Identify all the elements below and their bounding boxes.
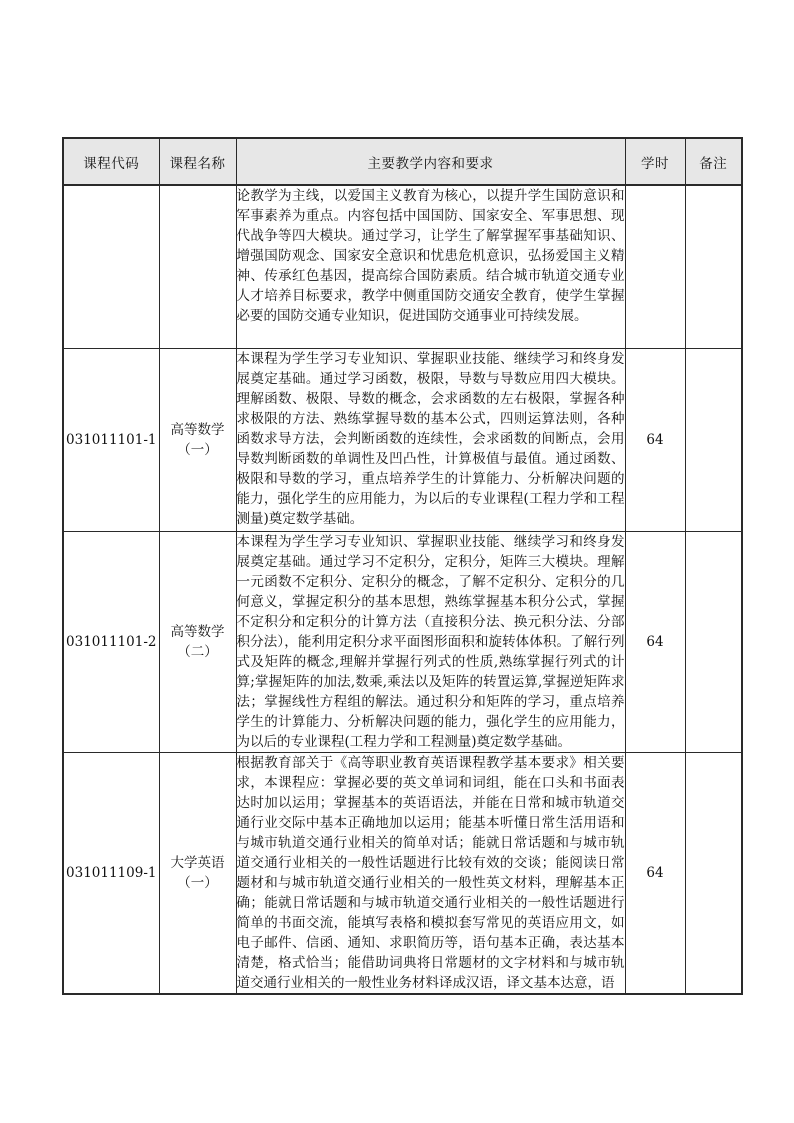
course-note-cell bbox=[685, 531, 742, 752]
course-content-cell: 论教学为主线，以爱国主义教育为核心，以提升学生国防意识和军事素养为重点。内容包括… bbox=[236, 185, 625, 348]
course-hours-cell: 64 bbox=[625, 531, 685, 752]
table-row: 论教学为主线，以爱国主义教育为核心，以提升学生国防意识和军事素养为重点。内容包括… bbox=[63, 185, 742, 348]
course-table: 课程代码 课程名称 主要教学内容和要求 学时 备注 论教学为主线，以爱国主义教育… bbox=[62, 137, 743, 995]
header-cell-course-code: 课程代码 bbox=[63, 138, 159, 185]
table-header-row: 课程代码 课程名称 主要教学内容和要求 学时 备注 bbox=[63, 138, 742, 185]
header-cell-content: 主要教学内容和要求 bbox=[236, 138, 625, 185]
course-content-cell: 本课程为学生学习专业知识、掌握职业技能、继续学习和终身发展奠定基础。通过学习不定… bbox=[236, 531, 625, 752]
course-hours-cell: 64 bbox=[625, 752, 685, 994]
header-cell-note: 备注 bbox=[685, 138, 742, 185]
course-code-cell: 031011109-1 bbox=[63, 752, 159, 994]
table-row: 031011109-1 大学英语 （一） 根据教育部关于《高等职业教育英语课程教… bbox=[63, 752, 742, 994]
header-cell-hours: 学时 bbox=[625, 138, 685, 185]
course-name-cell: 大学英语 （一） bbox=[159, 752, 236, 994]
course-note-cell bbox=[685, 752, 742, 994]
course-note-cell bbox=[685, 185, 742, 348]
course-name-cell: 高等数学 （二） bbox=[159, 531, 236, 752]
document-page: 课程代码 课程名称 主要教学内容和要求 学时 备注 论教学为主线，以爱国主义教育… bbox=[0, 0, 794, 1123]
course-hours-cell: 64 bbox=[625, 348, 685, 531]
course-content-cell: 本课程为学生学习专业知识、掌握职业技能、继续学习和终身发展奠定基础。通过学习函数… bbox=[236, 348, 625, 531]
table-row: 031011101-2 高等数学 （二） 本课程为学生学习专业知识、掌握职业技能… bbox=[63, 531, 742, 752]
course-content-cell: 根据教育部关于《高等职业教育英语课程教学基本要求》相关要求，本课程应：掌握必要的… bbox=[236, 752, 625, 994]
course-note-cell bbox=[685, 348, 742, 531]
course-code-cell: 031011101-1 bbox=[63, 348, 159, 531]
header-cell-course-name: 课程名称 bbox=[159, 138, 236, 185]
course-name-cell: 高等数学 （一） bbox=[159, 348, 236, 531]
course-hours-cell bbox=[625, 185, 685, 348]
table-row: 031011101-1 高等数学 （一） 本课程为学生学习专业知识、掌握职业技能… bbox=[63, 348, 742, 531]
course-name-cell bbox=[159, 185, 236, 348]
course-code-cell: 031011101-2 bbox=[63, 531, 159, 752]
course-code-cell bbox=[63, 185, 159, 348]
